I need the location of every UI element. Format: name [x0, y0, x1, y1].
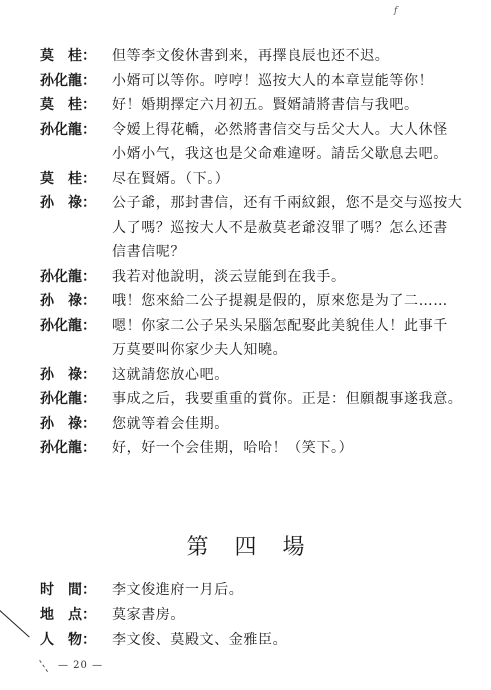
speaker-name-part: 孙化龍	[40, 314, 82, 339]
dialogue-line: 莫桂：好！婚期擇定六月初五。賢婿請將書信与我吧。	[40, 93, 480, 118]
speech-line: 尽在賢婿。（下。）	[112, 167, 480, 192]
speech-text: 这就請您放心吧。	[96, 363, 480, 388]
speaker-name: 孙化龍	[40, 387, 82, 412]
speech-text: 嗯！你家二公子呆头呆腦怎配娶此美貌佳人！此事千万莫要叫你家少夫人知曉。	[96, 314, 480, 363]
script-page: 𝑓 莫桂：但等李文俊休書到来，再擇良辰也还不迟。孙化龍：小婿可以等你。哼哼！巡按…	[0, 0, 491, 690]
scene-setting: 时間：李文俊進府一月后。地点：莫家書房。人物：李文俊、莫殿文、金雅臣。	[40, 578, 460, 653]
speaker-name: 孙化龍	[40, 314, 82, 339]
speaker-label: 孙祿：	[40, 363, 96, 388]
speech-line: 万莫要叫你家少夫人知曉。	[112, 338, 480, 363]
corner-scan-mark: 𝑓	[394, 6, 397, 16]
setting-label: 地点：	[40, 603, 96, 628]
speech-line: 小婿可以等你。哼哼！巡按大人的本章豈能等你！	[112, 69, 480, 94]
speaker-name-part: 孙	[40, 191, 54, 216]
setting-label-text: 人物	[40, 628, 82, 653]
dialogue-block: 莫桂：但等李文俊休書到来，再擇良辰也还不迟。孙化龍：小婿可以等你。哼哼！巡按大人…	[40, 44, 480, 461]
dialogue-line: 孙化龍：令嫒上得花轎，必然將書信交与岳父大人。大人休怪小婿小气，我这也是父命难違…	[40, 118, 480, 167]
speech-text: 好！婚期擇定六月初五。賢婿請將書信与我吧。	[96, 93, 480, 118]
speech-text: 尽在賢婿。（下。）	[96, 167, 480, 192]
dialogue-line: 孙祿：这就請您放心吧。	[40, 363, 480, 388]
scan-artifact-dash	[38, 660, 48, 673]
dialogue-line: 莫桂：但等李文俊休書到来，再擇良辰也还不迟。	[40, 44, 480, 69]
speaker-name: 孙祿	[40, 191, 82, 216]
speaker-colon: ：	[82, 167, 96, 192]
page-number: — 20 —	[58, 660, 103, 671]
speech-line: 好，好一个会佳期，哈哈！（笑下。）	[112, 436, 480, 461]
speaker-colon: ：	[82, 118, 96, 143]
setting-colon: ：	[82, 603, 96, 628]
speaker-name-part: 孙	[40, 363, 54, 388]
speech-line: 您就等着会佳期。	[112, 412, 480, 437]
speech-line: 小婿小气，我这也是父命难違呀。請岳父歇息去吧。	[112, 142, 480, 167]
dialogue-line: 孙祿：哦！您來給二公子提親是假的，原來您是为了二……	[40, 289, 480, 314]
setting-line: 地点：莫家書房。	[40, 603, 460, 628]
speech-text: 公子爺，那封書信，还有千兩紋銀，您不是交与巡按大人了嗎？巡按大人不是赦莫老爺沒罪…	[96, 191, 480, 265]
speech-text: 事成之后，我要重重的賞你。正是：但願覩事遂我意。	[96, 387, 480, 412]
speaker-name-part: 桂	[68, 44, 82, 69]
speaker-name: 孙祿	[40, 412, 82, 437]
speaker-name: 孙祿	[40, 289, 82, 314]
speaker-name-part: 祿	[68, 289, 82, 314]
speaker-name: 孙化龍	[40, 69, 82, 94]
speaker-colon: ：	[82, 363, 96, 388]
speaker-colon: ：	[82, 44, 96, 69]
speech-line: 嗯！你家二公子呆头呆腦怎配娶此美貌佳人！此事千	[112, 314, 480, 339]
dialogue-line: 孙化龍：嗯！你家二公子呆头呆腦怎配娶此美貌佳人！此事千万莫要叫你家少夫人知曉。	[40, 314, 480, 363]
speaker-colon: ：	[82, 387, 96, 412]
speaker-name-part: 桂	[68, 93, 82, 118]
dialogue-line: 孙化龍：好，好一个会佳期，哈哈！（笑下。）	[40, 436, 480, 461]
speaker-name-part: 莫	[40, 93, 54, 118]
speech-text: 小婿可以等你。哼哼！巡按大人的本章豈能等你！	[96, 69, 480, 94]
speaker-label: 孙化龍：	[40, 69, 96, 94]
setting-label-part: 物	[68, 628, 82, 653]
speaker-name: 孙化龍	[40, 436, 82, 461]
setting-label-part: 点	[68, 603, 82, 628]
scene-title: 第四場	[0, 530, 491, 561]
speaker-colon: ：	[82, 93, 96, 118]
setting-label: 人物：	[40, 628, 96, 653]
speaker-label: 孙化龍：	[40, 118, 96, 143]
speaker-colon: ：	[82, 191, 96, 216]
setting-value: 李文俊進府一月后。	[96, 578, 460, 603]
setting-label-part: 間	[68, 578, 82, 603]
speaker-colon: ：	[82, 289, 96, 314]
speech-line: 哦！您來給二公子提親是假的，原來您是为了二……	[112, 289, 480, 314]
speaker-name-part: 孙化龍	[40, 436, 82, 461]
speaker-colon: ：	[82, 265, 96, 290]
dialogue-line: 孙化龍：事成之后，我要重重的賞你。正是：但願覩事遂我意。	[40, 387, 480, 412]
speaker-colon: ：	[82, 412, 96, 437]
speaker-colon: ：	[82, 436, 96, 461]
speaker-name-part: 孙化龍	[40, 387, 82, 412]
speaker-name-part: 桂	[68, 167, 82, 192]
setting-label-text: 时間	[40, 578, 82, 603]
speaker-label: 孙祿：	[40, 191, 96, 216]
setting-label-part: 地	[40, 603, 54, 628]
speaker-name-part: 孙化龍	[40, 69, 82, 94]
speech-line: 信書信呢？	[112, 240, 480, 265]
setting-value: 莫家書房。	[96, 603, 460, 628]
setting-colon: ：	[82, 578, 96, 603]
dialogue-line: 孙祿：公子爺，那封書信，还有千兩紋銀，您不是交与巡按大人了嗎？巡按大人不是赦莫老…	[40, 191, 480, 265]
speech-line: 令嫒上得花轎，必然將書信交与岳父大人。大人休怪	[112, 118, 480, 143]
speaker-name: 孙化龍	[40, 118, 82, 143]
speaker-label: 孙化龍：	[40, 265, 96, 290]
setting-label-text: 地点	[40, 603, 82, 628]
speaker-name-part: 孙化龍	[40, 265, 82, 290]
speech-line: 但等李文俊休書到来，再擇良辰也还不迟。	[112, 44, 480, 69]
speaker-name-part: 莫	[40, 44, 54, 69]
speaker-label: 孙祿：	[40, 289, 96, 314]
setting-label-part: 人	[40, 628, 54, 653]
speaker-name-part: 孙化龍	[40, 118, 82, 143]
speaker-name: 莫桂	[40, 93, 82, 118]
setting-line: 时間：李文俊進府一月后。	[40, 578, 460, 603]
speaker-colon: ：	[82, 69, 96, 94]
setting-value: 李文俊、莫殿文、金雅臣。	[96, 628, 460, 653]
setting-label: 时間：	[40, 578, 96, 603]
setting-colon: ：	[82, 628, 96, 653]
speech-text: 哦！您來給二公子提親是假的，原來您是为了二……	[96, 289, 480, 314]
speech-text: 好，好一个会佳期，哈哈！（笑下。）	[96, 436, 480, 461]
speaker-name-part: 祿	[68, 412, 82, 437]
speaker-label: 莫桂：	[40, 167, 96, 192]
speech-line: 我若对他說明，淡云豈能到在我手。	[112, 265, 480, 290]
speaker-name-part: 祿	[68, 191, 82, 216]
speech-text: 您就等着会佳期。	[96, 412, 480, 437]
speaker-label: 孙祿：	[40, 412, 96, 437]
speaker-name: 莫桂	[40, 167, 82, 192]
speaker-label: 孙化龍：	[40, 314, 96, 339]
speaker-name: 孙化龍	[40, 265, 82, 290]
speaker-label: 莫桂：	[40, 93, 96, 118]
speech-line: 这就請您放心吧。	[112, 363, 480, 388]
setting-line: 人物：李文俊、莫殿文、金雅臣。	[40, 628, 460, 653]
scan-artifact-line	[0, 610, 30, 638]
dialogue-line: 莫桂：尽在賢婿。（下。）	[40, 167, 480, 192]
speaker-label: 莫桂：	[40, 44, 96, 69]
speech-line: 公子爺，那封書信，还有千兩紋銀，您不是交与巡按大	[112, 191, 480, 216]
speech-line: 人了嗎？巡按大人不是赦莫老爺沒罪了嗎？怎么还書	[112, 216, 480, 241]
speaker-name-part: 莫	[40, 167, 54, 192]
speaker-name-part: 孙	[40, 412, 54, 437]
dialogue-line: 孙化龍：小婿可以等你。哼哼！巡按大人的本章豈能等你！	[40, 69, 480, 94]
dialogue-line: 孙祿：您就等着会佳期。	[40, 412, 480, 437]
speech-line: 好！婚期擇定六月初五。賢婿請將書信与我吧。	[112, 93, 480, 118]
speaker-name-part: 祿	[68, 363, 82, 388]
setting-label-part: 时	[40, 578, 54, 603]
dialogue-line: 孙化龍：我若对他說明，淡云豈能到在我手。	[40, 265, 480, 290]
speech-line: 事成之后，我要重重的賞你。正是：但願覩事遂我意。	[112, 387, 480, 412]
speaker-colon: ：	[82, 314, 96, 339]
speaker-name: 莫桂	[40, 44, 82, 69]
speaker-label: 孙化龍：	[40, 387, 96, 412]
speaker-label: 孙化龍：	[40, 436, 96, 461]
speech-text: 我若对他說明，淡云豈能到在我手。	[96, 265, 480, 290]
speech-text: 但等李文俊休書到来，再擇良辰也还不迟。	[96, 44, 480, 69]
speech-text: 令嫒上得花轎，必然將書信交与岳父大人。大人休怪小婿小气，我这也是父命难違呀。請岳…	[96, 118, 480, 167]
speaker-name: 孙祿	[40, 363, 82, 388]
speaker-name-part: 孙	[40, 289, 54, 314]
